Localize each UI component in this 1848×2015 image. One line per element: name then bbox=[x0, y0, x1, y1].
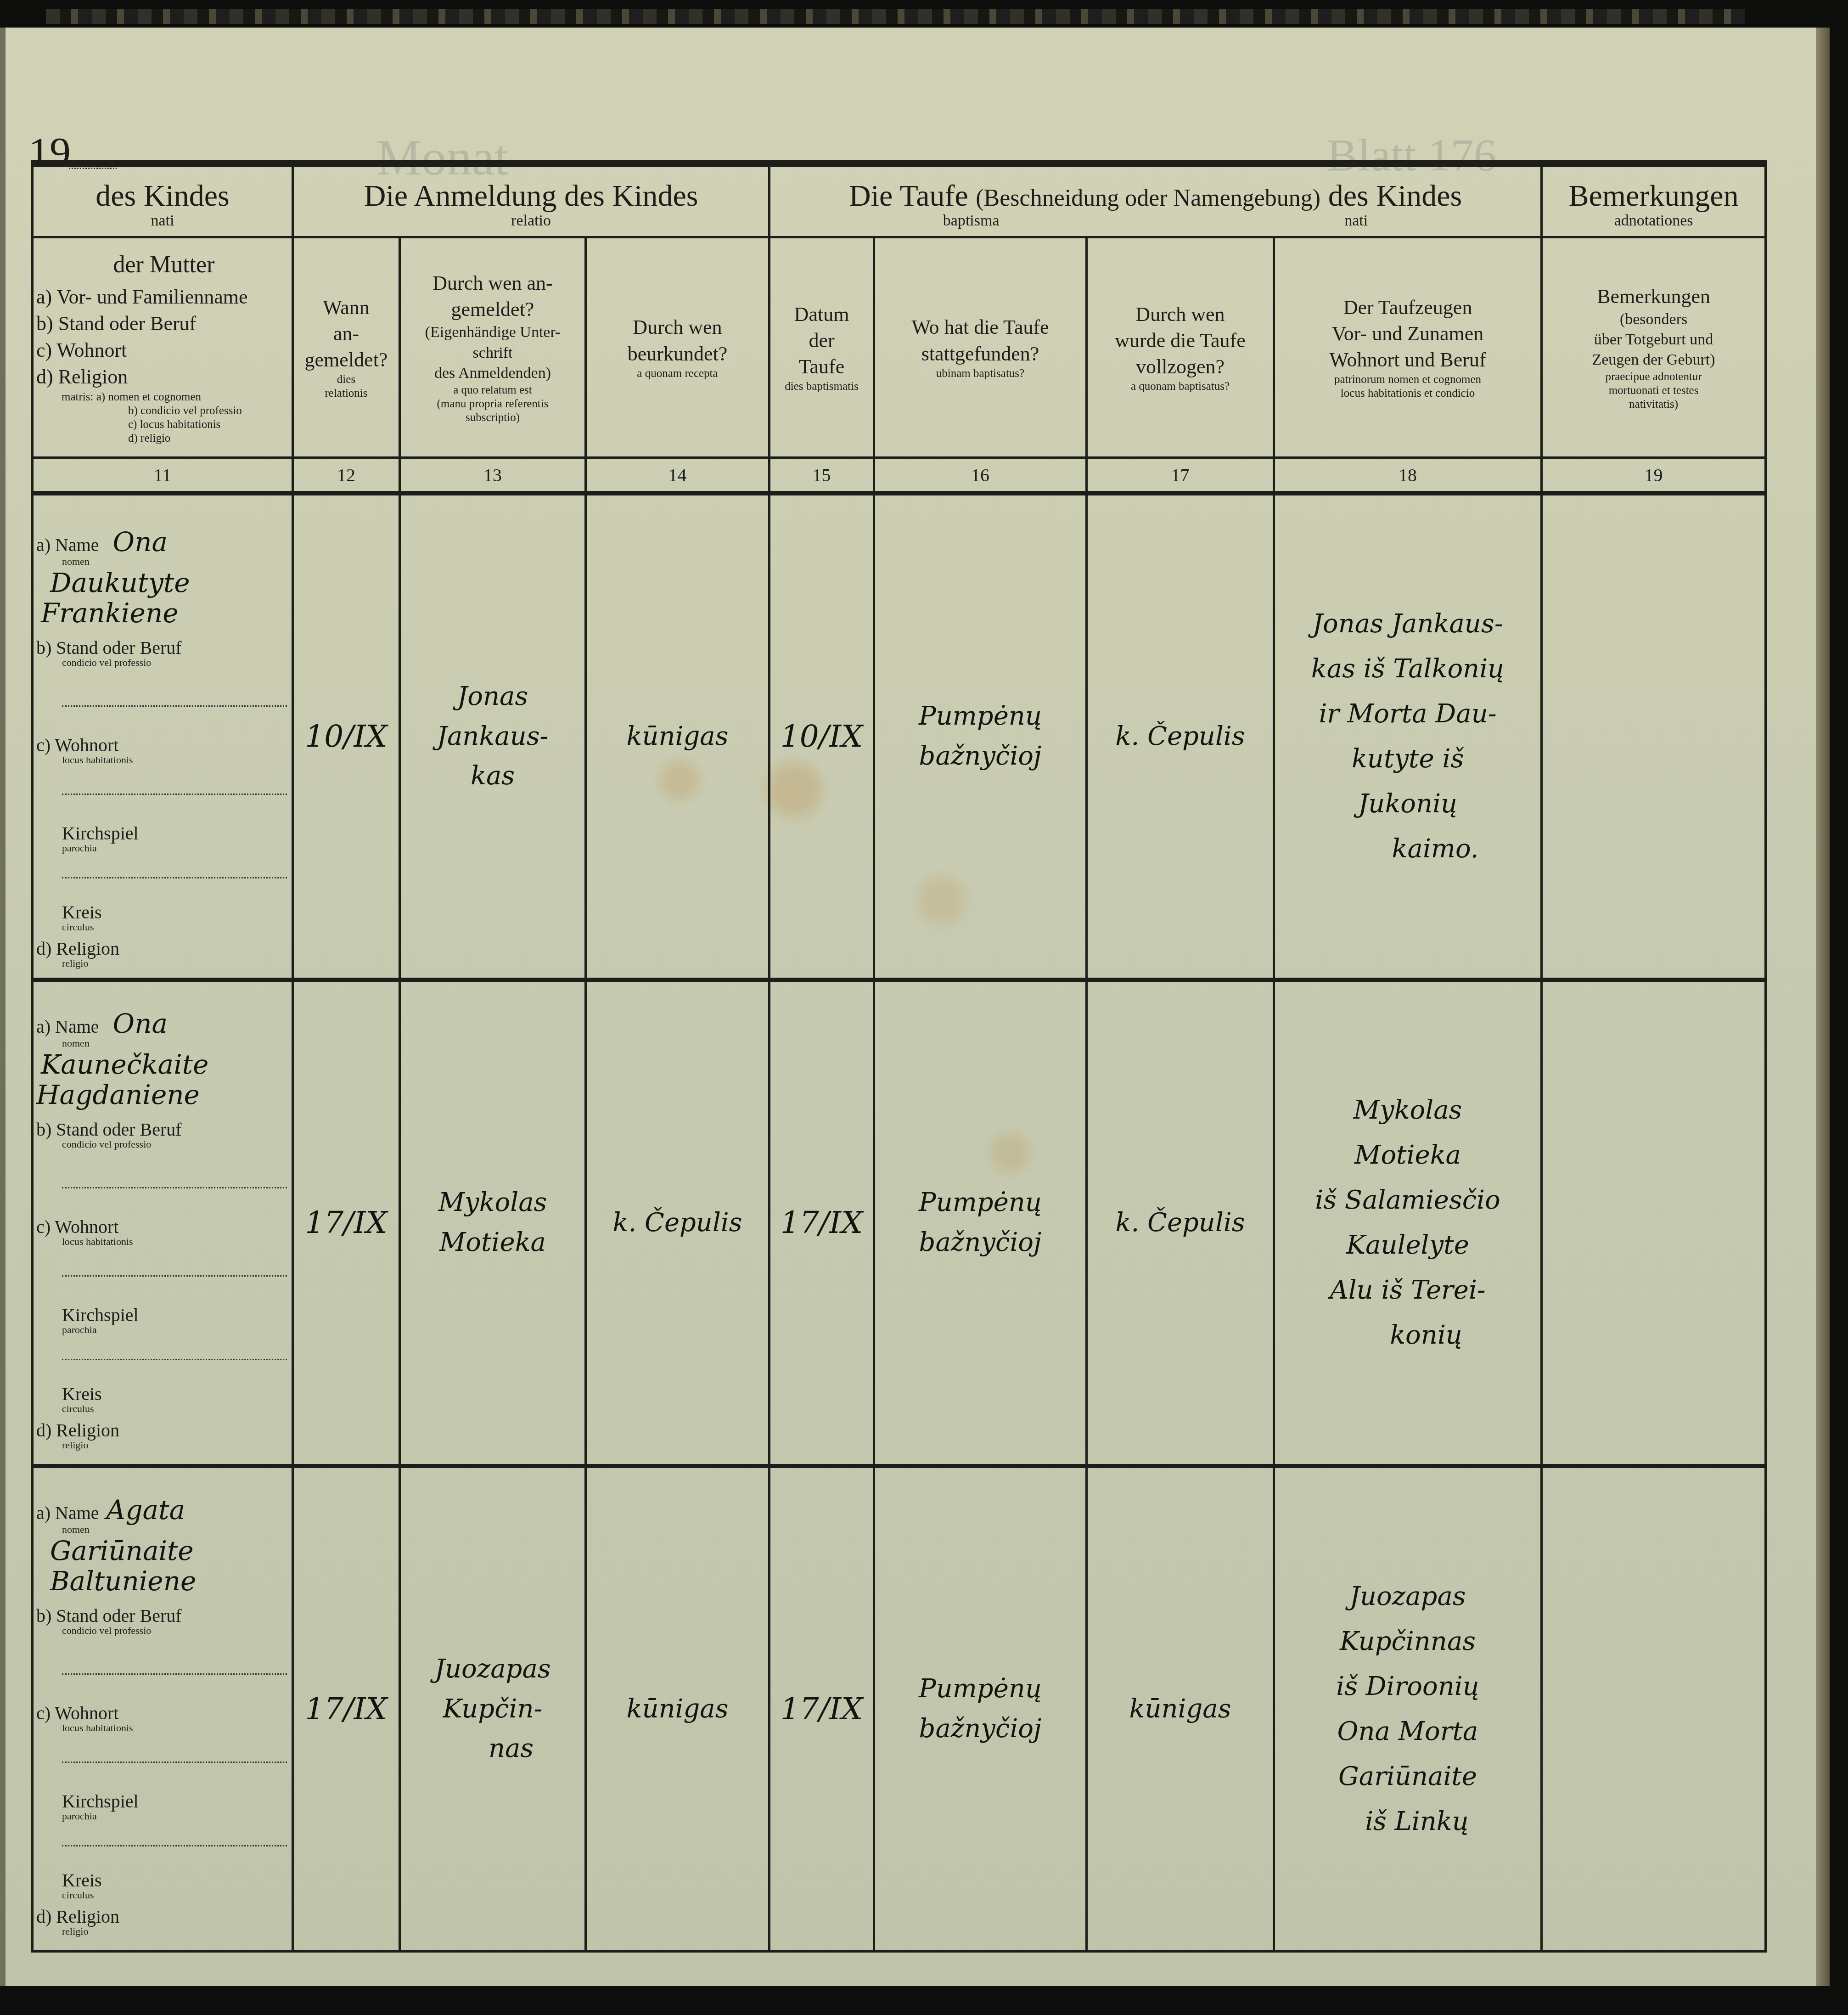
column-number: 15 bbox=[770, 458, 874, 494]
page-right-edge bbox=[1816, 28, 1830, 1986]
register-entry: a) Name Agata nomen Gariūnaite Baltunien… bbox=[33, 1466, 1766, 1952]
register-entry: a) Name Ona nomen Kaunečkaite Hagdaniene… bbox=[33, 980, 1766, 1466]
religion-field[interactable]: d) Religionreligio bbox=[36, 1419, 292, 1451]
mother-surname: Hagdaniene bbox=[36, 1080, 292, 1110]
column-number-row: 11 12 13 14 15 16 17 18 19 bbox=[33, 458, 1766, 494]
remarks[interactable] bbox=[1542, 1466, 1766, 1952]
announced-by[interactable]: MykolasMotieka bbox=[400, 980, 586, 1466]
baptism-place[interactable]: Pumpėnųbažnyčioj bbox=[874, 493, 1087, 980]
godparents[interactable]: JuozapasKupčinnasiš DirooniųOna MortaGar… bbox=[1274, 1466, 1542, 1952]
godparents[interactable]: MykolasMotiekaiš SalamiesčioKaulelyteAlu… bbox=[1274, 980, 1542, 1466]
column-header-19: Bemerkungen (besondersüber Totgeburt und… bbox=[1542, 237, 1766, 458]
column-number: 17 bbox=[1087, 458, 1274, 494]
group-header-row: des Kindes nati Die Anmeldung des Kindes… bbox=[33, 163, 1766, 237]
mother-surname: Frankiene bbox=[36, 598, 292, 629]
mother-name-field[interactable]: a) Name Ona nomen Kaunečkaite Hagdaniene bbox=[36, 1008, 292, 1110]
mother-name-field[interactable]: a) Name Ona nomen Daukutyte Frankiene bbox=[36, 527, 292, 629]
register-entry: a) Name Ona nomen Daukutyte Frankiene b)… bbox=[33, 493, 1766, 980]
column-header-17: Durch wenwurde die Taufevollzogen? a quo… bbox=[1087, 237, 1274, 458]
mother-first-name: Ona bbox=[113, 1008, 168, 1039]
column-number: 13 bbox=[400, 458, 586, 494]
wohnort-field[interactable]: c) Wohnortlocus habitationis bbox=[36, 734, 292, 795]
godparents[interactable]: Jonas Jankaus-kas iš Talkoniųir Morta Da… bbox=[1274, 493, 1542, 980]
announced-by[interactable]: JuozapasKupčin-nas bbox=[400, 1466, 586, 1952]
binding-fray bbox=[46, 9, 1745, 24]
column-header-row: der Mutter a) Vor- und Familienname b) S… bbox=[33, 237, 1766, 458]
column-number: 14 bbox=[586, 458, 770, 494]
kirchspiel-field[interactable]: Kirchspielparochia bbox=[36, 1790, 292, 1846]
column-number: 19 bbox=[1542, 458, 1766, 494]
remarks[interactable] bbox=[1542, 980, 1766, 1466]
mother-maiden-name: Daukutyte bbox=[36, 568, 292, 598]
recorded-by[interactable]: kūnigas bbox=[586, 493, 770, 980]
kreis-field[interactable]: Kreiscirculus bbox=[36, 1383, 292, 1415]
stand-field[interactable]: b) Stand oder Berufcondicio vel professi… bbox=[36, 1119, 292, 1188]
baptism-place[interactable]: Pumpėnųbažnyčioj bbox=[874, 980, 1087, 1466]
mother-details: a) Name Agata nomen Gariūnaite Baltunien… bbox=[33, 1466, 293, 1952]
column-number: 12 bbox=[293, 458, 400, 494]
announced-date[interactable]: 17/IX bbox=[293, 1466, 400, 1952]
recorded-by[interactable]: kūnigas bbox=[586, 1466, 770, 1952]
mother-first-name: Ona bbox=[113, 526, 168, 557]
column-header-15: DatumderTaufe dies baptismatis bbox=[770, 237, 874, 458]
mother-first-name: Agata bbox=[107, 1494, 185, 1525]
group-bemerkungen: Bemerkungen adnotationes bbox=[1542, 163, 1766, 237]
mother-maiden-name: Kaunečkaite bbox=[36, 1049, 292, 1080]
kirchspiel-field[interactable]: Kirchspielparochia bbox=[36, 822, 292, 878]
column-header-14: Durch wenbeurkundet? a quonam recepta bbox=[586, 237, 770, 458]
column-header-16: Wo hat die Taufestattgefunden? ubinam ba… bbox=[874, 237, 1087, 458]
group-des-kindes: des Kindes nati bbox=[33, 163, 293, 237]
wohnort-field[interactable]: c) Wohnortlocus habitationis bbox=[36, 1216, 292, 1277]
group-anmeldung: Die Anmeldung des Kindes relatio bbox=[293, 163, 770, 237]
baptism-date[interactable]: 10/IX bbox=[770, 493, 874, 980]
stand-field[interactable]: b) Stand oder Berufcondicio vel professi… bbox=[36, 637, 292, 707]
kreis-field[interactable]: Kreiscirculus bbox=[36, 901, 292, 933]
page-left-edge bbox=[0, 28, 6, 1986]
remarks[interactable] bbox=[1542, 493, 1766, 980]
religion-field[interactable]: d) Religionreligio bbox=[36, 938, 292, 969]
announced-date[interactable]: 17/IX bbox=[293, 980, 400, 1466]
stand-field[interactable]: b) Stand oder Berufcondicio vel professi… bbox=[36, 1605, 292, 1675]
baptized-by[interactable]: kūnigas bbox=[1087, 1466, 1274, 1952]
group-taufe: Die Taufe (Beschneidung oder Namengebung… bbox=[770, 163, 1542, 237]
baptism-date[interactable]: 17/IX bbox=[770, 980, 874, 1466]
column-number: 11 bbox=[33, 458, 293, 494]
baptism-date[interactable]: 17/IX bbox=[770, 1466, 874, 1952]
column-header-13: Durch wen an-gemeldet? (Eigenhändige Unt… bbox=[400, 237, 586, 458]
register-table: des Kindes nati Die Anmeldung des Kindes… bbox=[31, 160, 1767, 1953]
mother-details: a) Name Ona nomen Kaunečkaite Hagdaniene… bbox=[33, 980, 293, 1466]
baptized-by[interactable]: k. Čepulis bbox=[1087, 493, 1274, 980]
wohnort-field[interactable]: c) Wohnortlocus habitationis bbox=[36, 1702, 292, 1763]
baptism-place[interactable]: Pumpėnųbažnyčioj bbox=[874, 1466, 1087, 1952]
religion-field[interactable]: d) Religionreligio bbox=[36, 1906, 292, 1937]
announced-date[interactable]: 10/IX bbox=[293, 493, 400, 980]
column-number: 16 bbox=[874, 458, 1087, 494]
column-header-18: Der TaufzeugenVor- und ZunamenWohnort un… bbox=[1274, 237, 1542, 458]
mother-surname: Baltuniene bbox=[36, 1566, 292, 1597]
announced-by[interactable]: JonasJankaus-kas bbox=[400, 493, 586, 980]
mother-name-field[interactable]: a) Name Agata nomen Gariūnaite Baltunien… bbox=[36, 1495, 292, 1597]
mother-details: a) Name Ona nomen Daukutyte Frankiene b)… bbox=[33, 493, 293, 980]
column-header-12: Wannan-gemeldet? diesrelationis bbox=[293, 237, 400, 458]
baptized-by[interactable]: k. Čepulis bbox=[1087, 980, 1274, 1466]
book-binding bbox=[0, 0, 1848, 28]
kirchspiel-field[interactable]: Kirchspielparochia bbox=[36, 1304, 292, 1360]
column-number: 18 bbox=[1274, 458, 1542, 494]
column-header-11: der Mutter a) Vor- und Familienname b) S… bbox=[33, 237, 293, 458]
recorded-by[interactable]: k. Čepulis bbox=[586, 980, 770, 1466]
mother-maiden-name: Gariūnaite bbox=[36, 1536, 292, 1566]
kreis-field[interactable]: Kreiscirculus bbox=[36, 1869, 292, 1901]
register-page: Monat Blatt 176 19 des Kindes nati Die A… bbox=[0, 28, 1830, 1986]
